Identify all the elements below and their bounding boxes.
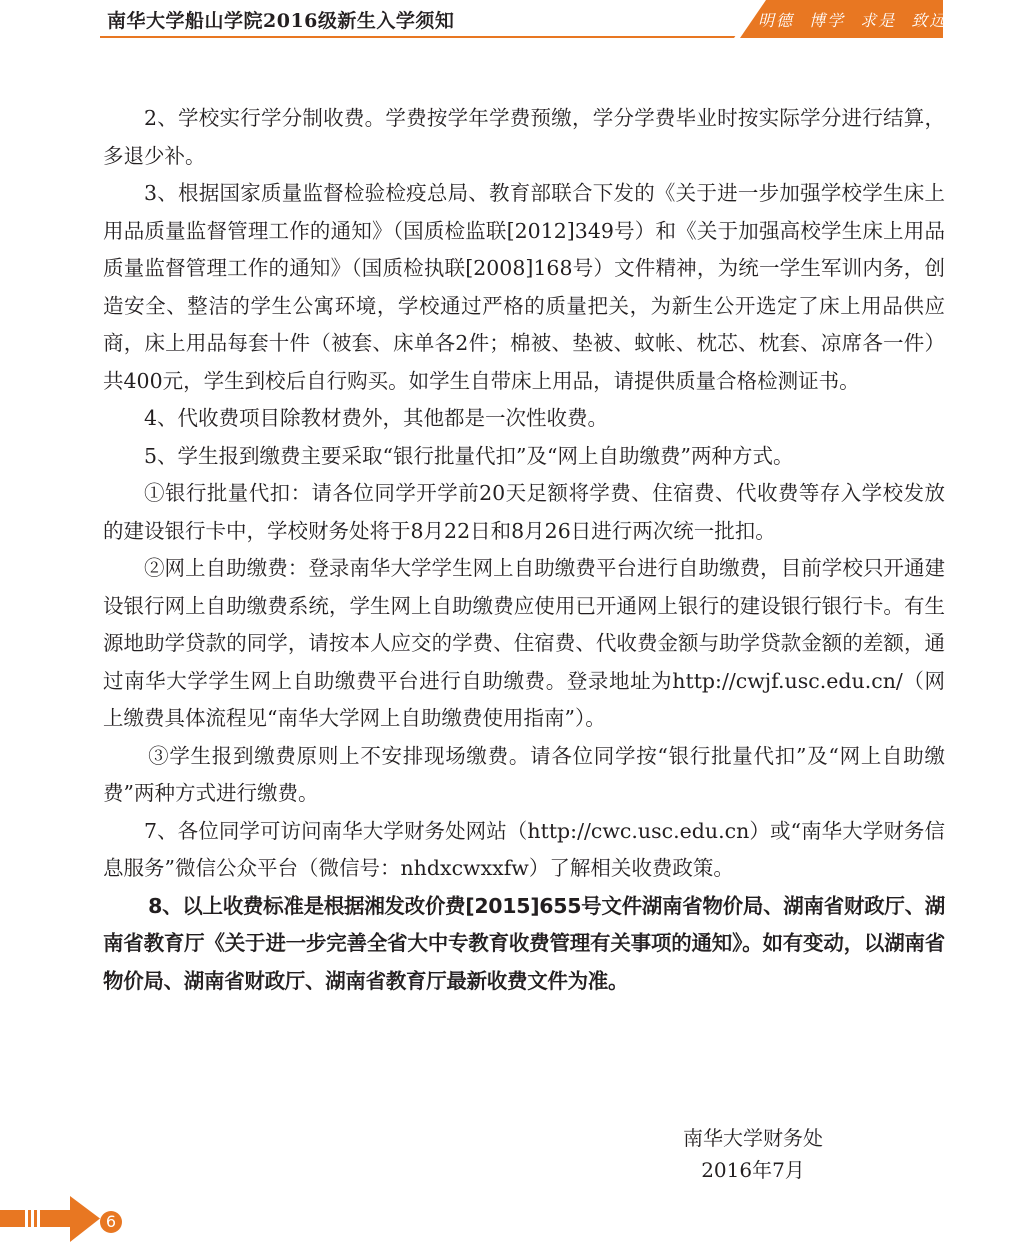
document-title: 南华大学船山学院2016级新生入学须知 [107, 6, 454, 33]
paragraph-item-5: 5、学生报到缴费主要采取“银行批量代扣”及“网上自助缴费”两种方式。 [103, 438, 945, 476]
header-divider [100, 36, 740, 38]
paragraph-item-8: 8、以上收费标准是根据湘发改价费[2015]655号文件湖南省物价局、湖南省财政… [103, 888, 945, 1001]
signature-block: 南华大学财务处 2016年7月 [683, 1122, 823, 1186]
footer-arrow-icon [0, 1196, 100, 1245]
paragraph-item-5-bank-deduction: ①银行批量代扣：请各位同学开学前20天足额将学费、住宿费、代收费等存入学校发放的… [103, 475, 945, 550]
paragraph-item-4: 4、代收费项目除教材费外，其他都是一次性收费。 [103, 400, 945, 438]
motto-text: 明德 博学 求是 致远 [758, 8, 955, 31]
paragraph-item-5-no-onsite: ③学生报到缴费原则上不安排现场缴费。请各位同学按“银行批量代扣”及“网上自助缴费… [103, 738, 945, 813]
paragraph-item-5-online-payment: ②网上自助缴费：登录南华大学学生网上自助缴费平台进行自助缴费，目前学校只开通建设… [103, 550, 945, 738]
paragraph-item-3: 3、根据国家质量监督检验检疫总局、教育部联合下发的《关于进一步加强学校学生床上用… [103, 175, 945, 400]
paragraph-item-7: 7、各位同学可访问南华大学财务处网站（http://cwc.usc.edu.cn… [103, 813, 945, 888]
motto-word: 致远 [911, 11, 947, 30]
motto-banner: 明德 博学 求是 致远 [712, 0, 943, 38]
motto-word: 博学 [809, 11, 845, 30]
motto-word: 明德 [758, 11, 794, 30]
motto-word: 求是 [860, 11, 896, 30]
document-body: 2、学校实行学分制收费。学费按学年学费预缴，学分学费毕业时按实际学分进行结算，多… [103, 100, 945, 1000]
issue-date: 2016年7月 [683, 1154, 823, 1186]
paragraph-item-2: 2、学校实行学分制收费。学费按学年学费预缴，学分学费毕业时按实际学分进行结算，多… [103, 100, 945, 175]
page-number: 6 [100, 1211, 122, 1233]
issuer-name: 南华大学财务处 [683, 1122, 823, 1154]
